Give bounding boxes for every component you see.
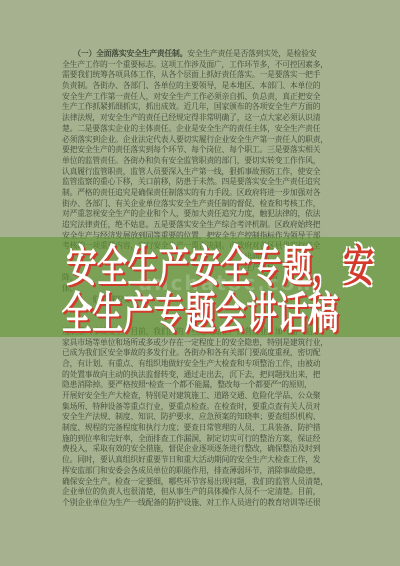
doc-line: 监管监察的重心下移，关口前移，防患于未然。四是要落实安全生产责任追究 bbox=[62, 177, 340, 188]
doc-line: 法律法规，对安全生产的责任已经规定得非常明确了，这一点大家必须认识清 bbox=[62, 113, 340, 124]
doc-line: 的处置事故向主动的执法监督转变，通过走出去，沉下去，把问题找出来，把 bbox=[62, 370, 340, 381]
doc-line: 对严重忽视安全生产的企业和个人，要加大责任追究力度，触犯法律的，依法 bbox=[62, 209, 340, 220]
doc-line: 合，有计划、有重点、有组织地做好安全生产大检查和专项整治工作，由被动 bbox=[62, 359, 340, 370]
title-line-1: 安全生产安全专题，安 bbox=[0, 243, 400, 290]
title-line-2: 全生产专题会讲话稿 bbox=[0, 290, 400, 337]
doc-line: 需要我们统筹各项具体工作，从各个层面上抓好责任落实。一是要落实一把手 bbox=[62, 70, 340, 81]
doc-heading: （一）全面落实安全生产责任制。 bbox=[77, 49, 187, 58]
title-line1-white: 安全生产安全专题 bbox=[66, 241, 312, 292]
doc-line: 位。同时，要认真组织好重要节日和重大活动期间的安全生产大检查工作，发 bbox=[62, 455, 340, 466]
doc-line: 街办、各部门、有关企业单位落实安全生产责任制的督促、检查和考核工作， bbox=[62, 199, 340, 210]
doc-line: 追究法律责任，绝不姑息。五是要落实安全生产综合考评机制。区政府始终把 bbox=[62, 220, 340, 231]
doc-line: 施的到位率和完好率，全面排查工作漏洞，制定切实可行的整治方案，保证经 bbox=[62, 434, 340, 445]
doc-line: 制度、规程的完备程度和执行力度；要查日常管理的人员、工具装备、防护措 bbox=[62, 423, 340, 434]
doc-line: 已成为我们区安全事故的多发行业。各街办和各有关部门要高度重视，密切配 bbox=[62, 348, 340, 359]
doc-line: 费投入，采取有效的安全措施，督促企业逐项逐条进行整改，确保整治及时到 bbox=[62, 444, 340, 455]
doc-line: 楚。二是要落实企业的主体责任。企业是安全生产的责任主体，安全生产责任 bbox=[62, 124, 340, 135]
doc-line: 个别企业单位为生产一线配备的防护设施、对工作人员进行的教育培训等还很 bbox=[62, 498, 340, 509]
doc-line: 要把安全生产的责任落实到每个环节、每个岗位、每个职工。三是要落实相关 bbox=[62, 145, 340, 156]
page-title: 安全生产安全专题，安 全生产专题会讲话稿 bbox=[0, 243, 400, 337]
doc-line: 挥安监部门和安委会各成员单位的职能作用，排查薄弱环节，消除事故隐患， bbox=[62, 466, 340, 477]
doc-line: 必须落实到企业。企业法定代表人要切实履行企业安全生产第一责任人的职责， bbox=[62, 135, 340, 146]
doc-line: 家具市场等单位和场所或多或少存在一定程度上的安全隐患，特别是建筑行业， bbox=[62, 338, 340, 349]
doc-line: 全生产工作的一个重要标志。这项工作涉及面广，工作环节多，不可控因素多， bbox=[62, 60, 340, 71]
thumbnail-image: （一）全面落实安全生产责任制。安全生产责任是否落到实处，是检验安 全生产工作的一… bbox=[0, 0, 400, 566]
doc-line: 认真履行监管职责，监管人员要深入生产第一线，狠抓事故预防工作，使安全 bbox=[62, 167, 340, 178]
doc-line: 确保安全生产。检查一定要细，哪些环节容易出现问题，我们的监管人员清楚， bbox=[62, 477, 340, 488]
doc-indent bbox=[62, 49, 77, 58]
doc-line-first: （一）全面落实安全生产责任制。安全生产责任是否落到实处，是检验安 bbox=[62, 49, 340, 60]
doc-line: 开展好安全生产大检查，特别是对建筑施工、道路交通、危险化学品、公众聚 bbox=[62, 391, 340, 402]
doc-line: 安全生产工作第一责任人，对安全生产工作必须亲自抓、负总责，真正把安全 bbox=[62, 92, 340, 103]
title-line1-red: ，安 bbox=[312, 241, 374, 292]
doc-line: 安全生产法规、制度、知识、防护要求、应急预案的知晓率；要查组织机构、 bbox=[62, 412, 340, 423]
doc-line: 隐患消除掉。要严格按照“检查一个都不能漏，整改每一个都要严”的原则， bbox=[62, 380, 340, 391]
doc-line: 单位的监管责任。各街办和负有安全监管职责的部门，要切实转变工作作风， bbox=[62, 156, 340, 167]
doc-line: 集场所、特种设备等重点行业，要重点检查。在检查时，要重点查有关人员对 bbox=[62, 402, 340, 413]
doc-first-rest: 安全生产责任是否落到实处，是检验安 bbox=[187, 49, 316, 58]
doc-line: 制。严格的责任追究是确保责任制落实的有力手段。区政府将进一步加强对各 bbox=[62, 188, 340, 199]
doc-line: 企业单位的负责人也很清楚，但从事生产的具体操作人员不一定清楚。目前， bbox=[62, 487, 340, 498]
doc-line: 负责制。各街办、各部门、各单位的主要领导，是本地区、本部门、本单位的 bbox=[62, 81, 340, 92]
doc-line: 生产工作抓紧抓细抓实，抓出成效。近几年，国家颁布的各项安全生产方面的 bbox=[62, 102, 340, 113]
title-line2-white: 全生产专题会讲话稿 bbox=[61, 288, 338, 339]
